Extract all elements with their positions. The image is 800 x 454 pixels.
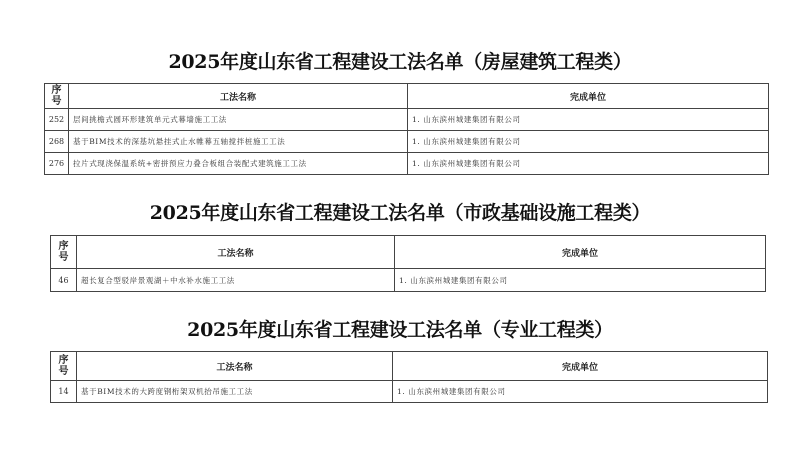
header-method-name: 工法名称: [77, 352, 393, 381]
row-unit: 1. 山东滨州城建集团有限公司: [393, 381, 768, 403]
section-title-specialty: 2025年度山东省工程建设工法名单（专业工程类）: [0, 315, 800, 342]
header-unit: 完成单位: [393, 352, 768, 381]
header-method-name: 工法名称: [69, 84, 408, 109]
row-method-name: 拉片式现浇保温系统+密拼预应力叠合板组合装配式建筑施工工法: [69, 153, 408, 175]
section-title-building: 2025年度山东省工程建设工法名单（房屋建筑工程类）: [0, 47, 800, 74]
row-number: 46: [51, 269, 77, 292]
row-unit: 1. 山东滨州城建集团有限公司: [408, 131, 769, 153]
header-seq: 序号: [51, 352, 77, 381]
row-unit: 1. 山东滨州城建集团有限公司: [408, 153, 769, 175]
row-unit: 1. 山东滨州城建集团有限公司: [408, 109, 769, 131]
row-number: 252: [45, 109, 69, 131]
table-row: 276 拉片式现浇保温系统+密拼预应力叠合板组合装配式建筑施工工法 1. 山东滨…: [45, 153, 769, 175]
table-row: 14 基于BIM技术的大跨度钢桁架双机抬吊施工工法 1. 山东滨州城建集团有限公…: [51, 381, 768, 403]
header-unit: 完成单位: [408, 84, 769, 109]
row-method-name: 超长复合型驳岸景观湖＋中水补水施工工法: [77, 269, 395, 292]
table-municipal-methods: 序号 工法名称 完成单位 46 超长复合型驳岸景观湖＋中水补水施工工法 1. 山…: [50, 235, 766, 292]
table-row: 268 基于BIM技术的深基坑悬挂式止水帷幕五轴搅拌桩施工工法 1. 山东滨州城…: [45, 131, 769, 153]
row-number: 268: [45, 131, 69, 153]
row-method-name: 基于BIM技术的深基坑悬挂式止水帷幕五轴搅拌桩施工工法: [69, 131, 408, 153]
header-unit: 完成单位: [395, 236, 766, 269]
row-number: 14: [51, 381, 77, 403]
table-header-row: 序号 工法名称 完成单位: [45, 84, 769, 109]
section-title-municipal: 2025年度山东省工程建设工法名单（市政基础设施工程类）: [0, 198, 800, 225]
table-specialty-methods: 序号 工法名称 完成单位 14 基于BIM技术的大跨度钢桁架双机抬吊施工工法 1…: [50, 351, 768, 403]
header-seq: 序号: [45, 84, 69, 109]
row-method-name: 层间挑檐式圆环形建筑单元式幕墙施工工法: [69, 109, 408, 131]
header-seq: 序号: [51, 236, 77, 269]
row-unit: 1. 山东滨州城建集团有限公司: [395, 269, 766, 292]
table-header-row: 序号 工法名称 完成单位: [51, 352, 768, 381]
header-method-name: 工法名称: [77, 236, 395, 269]
table-building-methods: 序号 工法名称 完成单位 252 层间挑檐式圆环形建筑单元式幕墙施工工法 1. …: [44, 83, 769, 175]
row-number: 276: [45, 153, 69, 175]
table-header-row: 序号 工法名称 完成单位: [51, 236, 766, 269]
table-row: 252 层间挑檐式圆环形建筑单元式幕墙施工工法 1. 山东滨州城建集团有限公司: [45, 109, 769, 131]
row-method-name: 基于BIM技术的大跨度钢桁架双机抬吊施工工法: [77, 381, 393, 403]
table-row: 46 超长复合型驳岸景观湖＋中水补水施工工法 1. 山东滨州城建集团有限公司: [51, 269, 766, 292]
